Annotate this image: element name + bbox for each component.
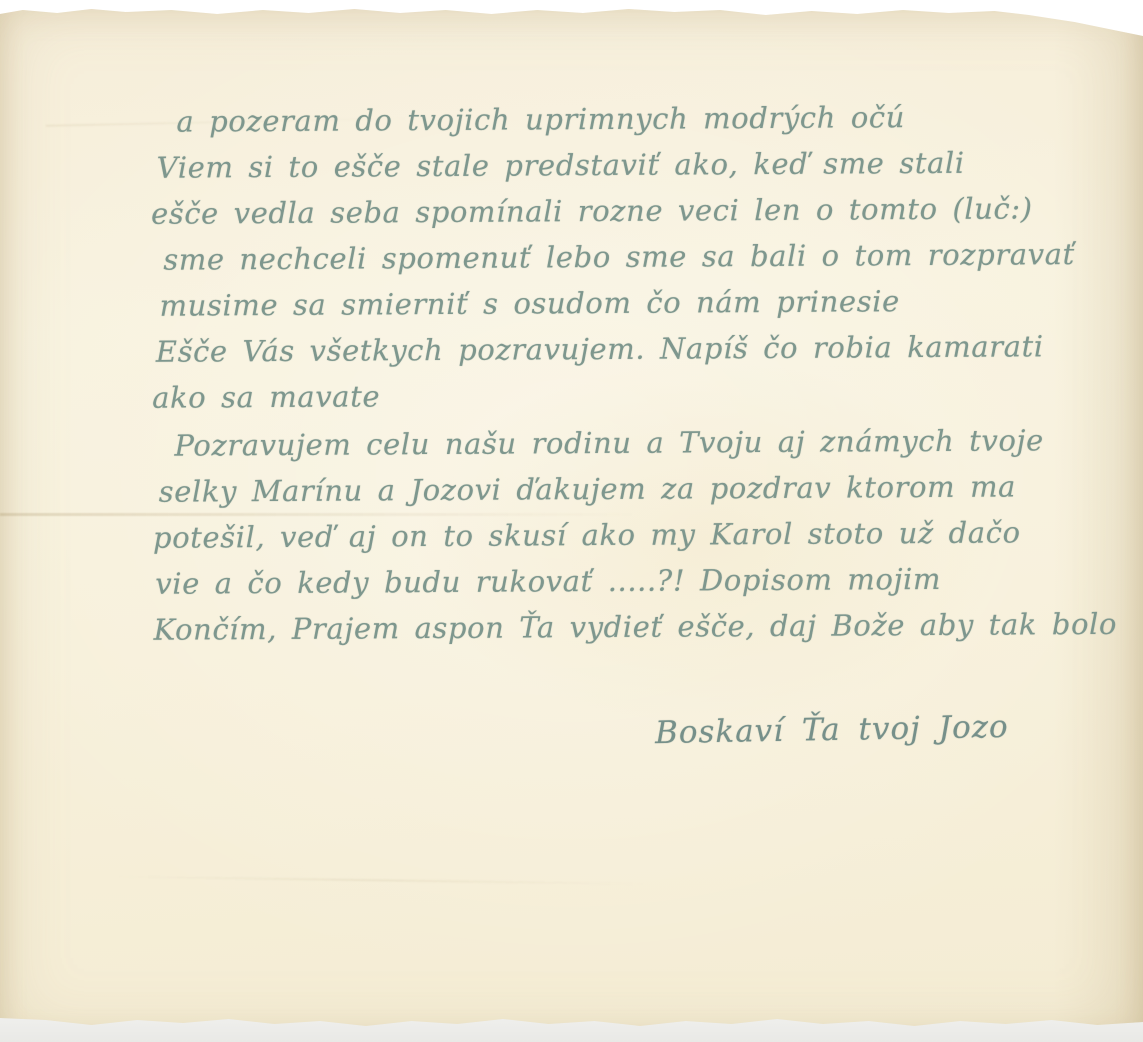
- scanner-background: a pozeram do tvojich uprimnych modrých o…: [0, 0, 1143, 1042]
- handwriting-line: selky Marínu a Jozovi ďakujem za pozdrav…: [159, 463, 1053, 514]
- handwriting-line: ešče vedla seba spomínali rozne veci len…: [151, 185, 1051, 236]
- paper-shading: [1053, 0, 1143, 1042]
- handwriting-line: Viem si to ešče stale predstaviť ako, ke…: [157, 139, 1051, 190]
- letter-paper: a pozeram do tvojich uprimnych modrých o…: [0, 0, 1143, 1042]
- handwriting-line: sme nechceli spomenuť lebo sme sa bali o…: [163, 231, 1051, 282]
- handwriting-line: a pozeram do tvojich uprimnych modrých o…: [176, 93, 1050, 144]
- handwriting-line: Pozravujem celu našu rodinu a Tvoju aj z…: [174, 417, 1052, 468]
- handwriting-line: Ešče Vás všetkych pozravujem. Napíš čo r…: [156, 323, 1052, 374]
- handwriting-line: potešil, veď aj on to skusí ako my Karol…: [153, 509, 1053, 560]
- letter-body: a pozeram do tvojich uprimnych modrých o…: [150, 93, 1053, 652]
- handwriting-line: Končím, Prajem aspon Ťa vydieť ešče, daj…: [153, 601, 1053, 652]
- handwriting-line: musime sa smierniť s osudom čo nám prine…: [159, 277, 1051, 328]
- paper-crease: [114, 876, 743, 887]
- handwriting-line: ako sa mavate: [152, 369, 1052, 420]
- letter-signature: Boskaví Ťa tvoj Jozo: [655, 709, 1009, 751]
- handwriting-line: vie a čo kedy budu rukovať .....?! Dopis…: [155, 555, 1053, 606]
